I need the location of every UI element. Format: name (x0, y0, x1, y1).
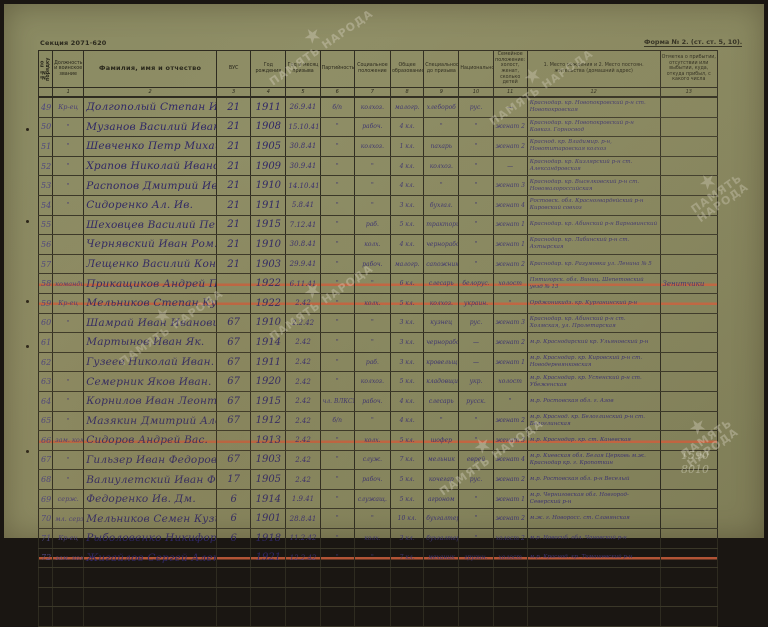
draft-date-cell: 30.9.41 (286, 156, 320, 176)
family-cell: женат 3 реб. (493, 176, 527, 196)
note-cell (660, 235, 717, 255)
name-cell: Чернявский Иван Ром. (84, 235, 217, 255)
note-cell (660, 509, 717, 529)
row-number: 59 (39, 293, 53, 313)
vus-cell: 67 (217, 411, 251, 431)
family-cell: — (493, 97, 527, 117)
nationality-cell: укр. (459, 372, 493, 392)
family-cell: женат 2 реб. (493, 117, 527, 137)
address-cell: Ростовск. обл. Красногвардейский р-н Кир… (527, 195, 660, 215)
name-cell: Прикащиков Андрей Петр. (84, 274, 217, 294)
punch-hole (26, 220, 29, 223)
specialty-cell: слесарь (424, 391, 459, 411)
name-cell: Мельников Степан Кузьм. (84, 293, 217, 313)
specialty-cell: кровельщик (424, 352, 459, 372)
draft-date-cell: 2.42 (286, 352, 320, 372)
note-cell (660, 137, 717, 157)
row-number: 68 (39, 470, 53, 490)
name-cell: Семерник Яков Иван. (84, 372, 217, 392)
col-num: 12 (527, 88, 660, 98)
address-cell: м.р. Черниговская обл. Новгород-Северски… (527, 489, 660, 509)
margin-notes: 1590 8010 (681, 449, 709, 477)
family-cell: женат 2 реб. (493, 411, 527, 431)
vus-cell: 21 (217, 97, 251, 117)
specialty-cell: бухгалтер (424, 529, 459, 544)
note-cell (660, 411, 717, 431)
address-cell: Краснодар. кр. Выселковский р-н ст. Ново… (527, 176, 660, 196)
col-num: 2 (84, 88, 217, 98)
address-cell: Краснодар. кр. Абинский р-н ст. Холмская… (527, 313, 660, 333)
vus-cell: 21 (217, 235, 251, 255)
table-row: 65"Мазякин Дмитрий Алекс.6719122.42б/п"4… (39, 411, 718, 431)
col-header-number: №№ по порядку (39, 51, 53, 88)
family-cell: женат 3 реб. (493, 313, 527, 333)
draft-date-cell: 15.10.41 (286, 117, 320, 137)
birth-year-cell: 1920 (251, 372, 286, 392)
education-cell: 5 кл. (391, 489, 424, 509)
row-number: 50 (39, 117, 53, 137)
draft-date-cell: 2.42 (286, 411, 320, 431)
vus-cell: 21 (217, 176, 251, 196)
col-header-vus: ВУС (217, 51, 251, 88)
row-number: 49 (39, 97, 53, 117)
address-cell: м.р. Ростовская обл. г. Азов (527, 391, 660, 411)
rank-cell: " (53, 391, 84, 411)
family-cell: женат 2 реб. (493, 333, 527, 353)
column-number-row: 1 2 3 4 5 6 7 8 9 10 11 12 13 (39, 88, 718, 98)
social-cell: рабоч. (354, 391, 390, 411)
draft-date-cell: 2.42 (286, 391, 320, 411)
party-cell: " (320, 450, 354, 470)
vus-cell: 67 (217, 450, 251, 470)
nationality-cell: " (459, 489, 493, 509)
nationality-cell: " (459, 431, 493, 451)
family-cell: женат 1 реб. (493, 489, 527, 509)
name-cell: Мазякин Дмитрий Алекс. (84, 411, 217, 431)
rank-cell: " (53, 411, 84, 431)
draft-date-cell: 14.10.41 (286, 176, 320, 196)
family-cell: женат 1 реб. (493, 352, 527, 372)
rank-cell: " (53, 470, 84, 490)
draft-date-cell: 2.42 (286, 372, 320, 392)
family-cell: женат 2 реб. (493, 509, 527, 529)
col-num (39, 88, 53, 98)
row-number: 71 (39, 529, 53, 544)
name-cell: Шамрай Иван Иванович (84, 313, 217, 333)
draft-date-cell: 26.9.41 (286, 97, 320, 117)
draft-date-cell: 2.42 (286, 431, 320, 451)
col-header-address: 1. Место рождения и 2. Место постоян. жи… (527, 51, 660, 88)
table-row: 67"Гильзер Иван Федорович6719032.42"служ… (39, 450, 718, 470)
social-cell: колхоз. (354, 372, 390, 392)
vus-cell (217, 274, 251, 294)
social-cell: " (354, 411, 390, 431)
col-header-nationality: Национальность (459, 51, 493, 88)
specialty-cell: кладовщик (424, 372, 459, 392)
col-num: 11 (493, 88, 527, 98)
col-num: 8 (391, 88, 424, 98)
family-cell: — (493, 156, 527, 176)
family-cell: женат 3 реб. (493, 431, 527, 451)
address-cell: Краснодар. кр. Новопокровский р-н Кавказ… (527, 117, 660, 137)
register-body: 49Кр-ецДолгополый Степан Иванович2119112… (39, 97, 718, 544)
birth-year-cell: 1922 (251, 274, 286, 294)
party-cell: " (320, 509, 354, 529)
education-cell: 6 кл. (391, 274, 424, 294)
name-cell: Гузеев Николай Иван. (84, 352, 217, 372)
address-cell: Пятигорск. обл. Виниц. Шепетовский уезд … (527, 274, 660, 294)
specialty-cell: кузнец (424, 313, 459, 333)
education-cell: 3 кл. (391, 333, 424, 353)
archival-document-scan: Секция 2071·620 Форма № 2. (ст. ст. 5, 1… (4, 4, 764, 538)
birth-year-cell: 1905 (251, 470, 286, 490)
margin-note: 1590 (681, 449, 709, 463)
table-row: 50"Музанов Василий Иванович21190815.10.4… (39, 117, 718, 137)
birth-year-cell: 1910 (251, 313, 286, 333)
col-num: 9 (424, 88, 459, 98)
nationality-cell: " (459, 215, 493, 235)
party-cell: " (320, 470, 354, 490)
rank-cell (53, 333, 84, 353)
row-number: 67 (39, 450, 53, 470)
table-row: 71Кр-ецРыболовенко Никифор Ив.6191811.2.… (39, 529, 718, 544)
col-num: 6 (320, 88, 354, 98)
draft-date-cell: 5.8.41 (286, 195, 320, 215)
name-cell: Мельников Семен Кузьм. (84, 509, 217, 529)
row-number: 53 (39, 176, 53, 196)
table-row: 56Чернявский Иван Ром.21191030.8.41"колх… (39, 235, 718, 255)
form-number: Форма № 2. (ст. ст. 5, 10). (644, 38, 742, 47)
note-cell (660, 215, 717, 235)
row-number: 56 (39, 235, 53, 255)
education-cell: 5 кл. (391, 293, 424, 313)
nationality-cell: " (459, 254, 493, 274)
party-cell: " (320, 156, 354, 176)
birth-year-cell: 1911 (251, 352, 286, 372)
name-cell: Долгополый Степан Иванович (84, 97, 217, 117)
family-cell: холост (493, 274, 527, 294)
social-cell: " (354, 313, 390, 333)
education-cell: 5 кл. (391, 215, 424, 235)
family-cell: женат 4 реб. (493, 450, 527, 470)
birth-year-cell: 1914 (251, 489, 286, 509)
note-cell: Зенитчики (660, 274, 717, 294)
header-row: №№ по порядку Должность и воинское звани… (39, 51, 718, 88)
rank-cell: Кр-ец (53, 293, 84, 313)
family-cell: " (493, 293, 527, 313)
party-cell: " (320, 431, 354, 451)
note-cell (660, 156, 717, 176)
address-cell: м.р. Краснод. кр. Белоглинский р-н ст. Б… (527, 411, 660, 431)
note-cell (660, 333, 717, 353)
table-row: 49Кр-ецДолгополый Степан Иванович2119112… (39, 97, 718, 117)
col-header-rank: Должность и воинское звание (53, 51, 84, 88)
draft-date-cell: 7.12.41 (286, 215, 320, 235)
social-cell: колхоз. (354, 137, 390, 157)
row-number: 64 (39, 391, 53, 411)
note-cell (660, 352, 717, 372)
specialty-cell: слесарь (424, 274, 459, 294)
party-cell: " (320, 313, 354, 333)
vus-cell: 6 (217, 529, 251, 544)
address-cell: Краснодар. кр. Разумовка ул. Ленина № 5 (527, 254, 660, 274)
nationality-cell: " (459, 529, 493, 544)
education-cell: 5 кл. (391, 470, 424, 490)
name-cell: Валиулетский Иван Федор. (84, 470, 217, 490)
draft-date-cell: 30.8.41 (286, 235, 320, 255)
col-num: 10 (459, 88, 493, 98)
vus-cell: 21 (217, 195, 251, 215)
specialty-cell: агроном (424, 489, 459, 509)
draft-date-cell: 2.42 (286, 293, 320, 313)
note-cell (660, 529, 717, 544)
name-cell: Гильзер Иван Федорович (84, 450, 217, 470)
col-header-education: Общее образование (391, 51, 424, 88)
birth-year-cell: 1910 (251, 176, 286, 196)
rank-cell: " (53, 195, 84, 215)
col-header-birth-year: Год рождения (251, 51, 286, 88)
col-header-name: Фамилия, имя и отчество (84, 51, 217, 88)
social-cell: " (354, 509, 390, 529)
family-cell: холост 2 реб. (493, 529, 527, 544)
party-cell: " (320, 489, 354, 509)
party-cell: " (320, 372, 354, 392)
table-row: 58командир отделенияПрикащиков Андрей Пе… (39, 274, 718, 294)
rank-cell: мл. серж. (53, 509, 84, 529)
social-cell: раб. (354, 215, 390, 235)
draft-date-cell: 11.2.42 (286, 529, 320, 544)
family-cell: женат 1 реб. (493, 215, 527, 235)
col-num: 3 (217, 88, 251, 98)
specialty-cell: мельник (424, 450, 459, 470)
table-row: 64"Корнилов Иван Леонт.6719152.42чл. ВЛК… (39, 391, 718, 411)
specialty-cell: пахарь (424, 137, 459, 157)
rank-cell: " (53, 313, 84, 333)
social-cell: колхоз. (354, 97, 390, 117)
vus-cell (217, 293, 251, 313)
vus-cell: 21 (217, 137, 251, 157)
party-cell: " (320, 235, 354, 255)
education-cell: 3 кл. (391, 529, 424, 544)
rank-cell: серж. (53, 489, 84, 509)
address-cell: м.р. Краснодар. кр. ст. Каневская (527, 431, 660, 451)
name-cell: Корнилов Иван Леонт. (84, 391, 217, 411)
form-code: Секция 2071·620 (40, 39, 107, 47)
rank-cell: " (53, 176, 84, 196)
nationality-cell: рус. (459, 97, 493, 117)
table-row: 62Гузеев Николай Иван.6719112.42"раб.3 к… (39, 352, 718, 372)
vus-cell: 67 (217, 391, 251, 411)
table-row: 69серж.Федоренко Ив. Дм.619141.9.41"служ… (39, 489, 718, 509)
birth-year-cell: 1913 (251, 431, 286, 451)
vus-cell: 67 (217, 372, 251, 392)
draft-date-cell: 29.9.41 (286, 254, 320, 274)
rank-cell (53, 215, 84, 235)
birth-year-cell: 1909 (251, 156, 286, 176)
draft-date-cell: 30.8.41 (286, 137, 320, 157)
party-cell: " (320, 195, 354, 215)
name-cell: Шеховцев Василий Петр. (84, 215, 217, 235)
social-cell: колх. (354, 529, 390, 544)
family-cell: женат 4 реб. (493, 195, 527, 215)
note-cell (660, 313, 717, 333)
vus-cell: 67 (217, 333, 251, 353)
social-cell: " (354, 195, 390, 215)
address-cell: м.р. Киевская обл. Белая Церковь м.ж. Кр… (527, 450, 660, 470)
draft-date-cell: 6.11.41 (286, 274, 320, 294)
note-cell (660, 372, 717, 392)
vus-cell: 17 (217, 470, 251, 490)
address-cell: м.ж. г. Новоросс. ст. Славянская (527, 509, 660, 529)
vus-cell: 21 (217, 156, 251, 176)
vus-cell: 21 (217, 117, 251, 137)
birth-year-cell: 1908 (251, 117, 286, 137)
party-cell: " (320, 333, 354, 353)
birth-year-cell: 1911 (251, 195, 286, 215)
specialty-cell: " (424, 176, 459, 196)
nationality-cell: рус. (459, 313, 493, 333)
education-cell: 4 кл. (391, 156, 424, 176)
education-cell: 4 кл. (391, 411, 424, 431)
row-number: 57 (39, 254, 53, 274)
rank-cell: зам. командира отделения (53, 431, 84, 451)
row-number: 58 (39, 274, 53, 294)
specialty-cell: шофер (424, 431, 459, 451)
note-cell (660, 293, 717, 313)
education-cell: 1 кл. (391, 137, 424, 157)
family-cell: женат 2 реб. (493, 137, 527, 157)
table-row: 63"Семерник Яков Иван.6719202.42"колхоз.… (39, 372, 718, 392)
draft-date-cell: 2.42 (286, 450, 320, 470)
row-number: 70 (39, 509, 53, 529)
address-cell: м.р. Краснодарский кр. Ульяновский р-н (527, 333, 660, 353)
education-cell: 5 кл. (391, 431, 424, 451)
party-cell: " (320, 176, 354, 196)
name-cell: Федоренко Ив. Дм. (84, 489, 217, 509)
name-cell: Шевченко Петр Михайлович (84, 137, 217, 157)
row-number: 69 (39, 489, 53, 509)
draft-date-cell: 28.8.41 (286, 509, 320, 529)
party-cell: чл. ВЛКСМ (320, 391, 354, 411)
vus-cell: 67 (217, 352, 251, 372)
specialty-cell: хлебороб (424, 97, 459, 117)
name-cell: Мартынов Иван Як. (84, 333, 217, 353)
rank-cell: " (53, 117, 84, 137)
nationality-cell: рус. (459, 470, 493, 490)
name-cell: Сидоров Андрей Вас. (84, 431, 217, 451)
party-cell: " (320, 254, 354, 274)
education-cell: 10 кл. (391, 509, 424, 529)
name-cell: Распопов Дмитрий Ив. (84, 176, 217, 196)
note-cell (660, 176, 717, 196)
specialty-cell: колхоз. (424, 156, 459, 176)
nationality-cell: белорус. (459, 274, 493, 294)
social-cell: служащ. (354, 489, 390, 509)
address-cell: Орджоникидз. кр. Курганинский р-н (527, 293, 660, 313)
name-cell: Музанов Василий Иванович (84, 117, 217, 137)
family-cell: " (493, 391, 527, 411)
table-row: 59Кр-ецМельников Степан Кузьм.19222.42"к… (39, 293, 718, 313)
margin-note: 8010 (681, 463, 709, 477)
specialty-cell: тракторист (424, 215, 459, 235)
specialty-cell: бухгал. (424, 195, 459, 215)
party-cell: " (320, 293, 354, 313)
party-cell: " (320, 529, 354, 544)
address-cell: Краснодар. кр. Лабинский р-н ст. Ахтырск… (527, 235, 660, 255)
col-num: 5 (286, 88, 320, 98)
table-row: 70мл. серж.Мельников Семен Кузьм.6190128… (39, 509, 718, 529)
row-number: 63 (39, 372, 53, 392)
table-row: 51"Шевченко Петр Михайлович21190530.8.41… (39, 137, 718, 157)
vus-cell: 21 (217, 254, 251, 274)
birth-year-cell: 1914 (251, 333, 286, 353)
birth-year-cell: 1910 (251, 235, 286, 255)
col-num: 7 (354, 88, 390, 98)
specialty-cell: колхоз. (424, 293, 459, 313)
note-cell (660, 117, 717, 137)
party-cell: " (320, 137, 354, 157)
draft-date-cell: 2.2.42 (286, 313, 320, 333)
table-row: 60"Шамрай Иван Иванович6719102.2.42""3 к… (39, 313, 718, 333)
nationality-cell: — (459, 352, 493, 372)
birth-year-cell: 1912 (251, 411, 286, 431)
social-cell: служ. (354, 450, 390, 470)
education-cell: 4 кл. (391, 176, 424, 196)
party-cell: б/п (320, 411, 354, 431)
social-cell: рабоч. (354, 470, 390, 490)
rank-cell: " (53, 137, 84, 157)
rank-cell: Кр-ец (53, 529, 84, 544)
nationality-cell: " (459, 176, 493, 196)
table-row: 53"Распопов Дмитрий Ив.21191014.10.41""4… (39, 176, 718, 196)
table-row: 52"Храпов Николай Иванович21190930.9.41"… (39, 156, 718, 176)
col-header-family: Семейное положение: холост, женат, сколь… (493, 51, 527, 88)
rank-cell: " (53, 372, 84, 392)
birth-year-cell: 1901 (251, 509, 286, 529)
education-cell: 3 кл. (391, 352, 424, 372)
nationality-cell: " (459, 411, 493, 431)
rank-cell (53, 254, 84, 274)
table-row: 57Лещенко Василий Конст.21190329.9.41"ра… (39, 254, 718, 274)
punch-hole (26, 300, 29, 303)
row-number: 65 (39, 411, 53, 431)
social-cell: колх. (354, 293, 390, 313)
birth-year-cell: 1905 (251, 137, 286, 157)
party-cell: " (320, 215, 354, 235)
social-cell: колх. (354, 431, 390, 451)
punch-hole (26, 128, 29, 131)
table-row: 54"Сидоренко Ал. Ив.2119115.8.41""3 кл.б… (39, 195, 718, 215)
nationality-cell: — (459, 333, 493, 353)
draft-date-cell: 2.42 (286, 470, 320, 490)
row-number: 55 (39, 215, 53, 235)
row-number: 52 (39, 156, 53, 176)
nationality-cell: " (459, 156, 493, 176)
note-cell (660, 391, 717, 411)
vus-cell: 6 (217, 489, 251, 509)
vus-cell: 6 (217, 509, 251, 529)
nationality-cell: украин. (459, 293, 493, 313)
party-cell: " (320, 117, 354, 137)
birth-year-cell: 1922 (251, 293, 286, 313)
personnel-register-table: №№ по порядку Должность и воинское звани… (38, 50, 718, 544)
note-cell (660, 254, 717, 274)
social-cell: " (354, 274, 390, 294)
birth-year-cell: 1903 (251, 254, 286, 274)
family-cell: женат 2 реб. (493, 470, 527, 490)
social-cell: " (354, 156, 390, 176)
education-cell: малогр. (391, 97, 424, 117)
